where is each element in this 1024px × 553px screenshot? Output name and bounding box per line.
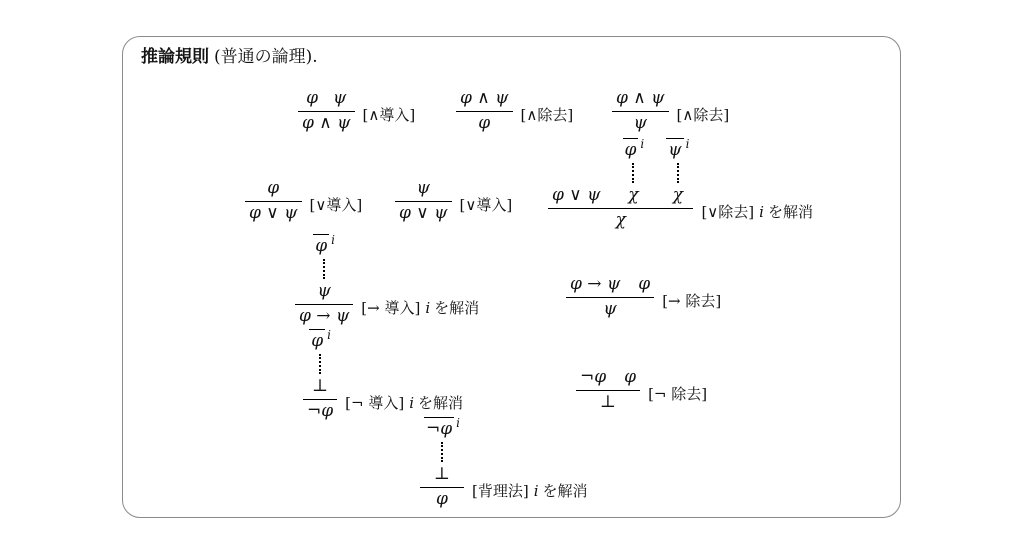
derivation-dots bbox=[323, 259, 325, 279]
discharge-index: i bbox=[640, 137, 644, 151]
fraction: φ → ψ φ ψ bbox=[566, 274, 654, 320]
rule-label: [→ 導入]iを解消 bbox=[361, 298, 479, 318]
conclusion: φ ∨ ψ bbox=[395, 203, 452, 224]
inference-line bbox=[420, 487, 464, 488]
premise: φ bbox=[306, 88, 318, 109]
premise: χ bbox=[628, 185, 638, 206]
fraction: φ φ ∨ ψ bbox=[245, 178, 302, 224]
premises: ¬φ φ bbox=[576, 367, 640, 388]
discharge-index: i bbox=[534, 482, 539, 500]
subderivation-left: φi χ bbox=[623, 140, 645, 206]
fraction: φi ⊥ ¬φ bbox=[303, 331, 337, 422]
premise: φ bbox=[267, 178, 279, 199]
inference-line bbox=[395, 201, 452, 202]
subderivation: ¬φi ⊥ bbox=[424, 419, 460, 485]
rule-label: [→ 除去] bbox=[662, 291, 721, 311]
conclusion: φ ∨ ψ bbox=[245, 203, 302, 224]
rule-or-intro-right: ψ φ ∨ ψ [∨導入] bbox=[395, 178, 512, 224]
title-annotation: (普通の論理). bbox=[214, 47, 318, 67]
conclusion: ψ bbox=[630, 113, 651, 134]
rule-label: [∧導入] bbox=[363, 105, 416, 125]
inference-rules-panel: 推論規則(普通の論理). φ ψ φ ∧ ψ [∧導入] φ ∧ ψ φ [∧除… bbox=[122, 36, 901, 518]
derivation-dots bbox=[319, 354, 321, 374]
conclusion: φ ∧ ψ bbox=[298, 113, 355, 134]
fraction: φ ψ φ ∧ ψ bbox=[298, 88, 355, 134]
inference-line bbox=[548, 208, 693, 209]
inference-line bbox=[245, 201, 302, 202]
inference-line bbox=[612, 111, 669, 112]
discharged-hypothesis: φi bbox=[309, 331, 331, 352]
premises: φ → ψ φ bbox=[566, 274, 654, 295]
premise: φ bbox=[624, 367, 636, 388]
rule-label: [∨導入] bbox=[460, 195, 513, 215]
subderivation: φi ⊥ bbox=[309, 331, 331, 397]
premise: φ bbox=[638, 274, 650, 295]
rule-label: [∨除去]iを解消 bbox=[701, 202, 813, 222]
discharge-index: i bbox=[686, 137, 690, 151]
rule-imp-elim: φ → ψ φ ψ [→ 除去] bbox=[566, 274, 721, 320]
discharge-index: i bbox=[759, 203, 764, 221]
rule-and-elim-left: φ ∧ ψ φ [∧除去] bbox=[456, 88, 573, 134]
fraction: ¬φi ⊥ φ bbox=[420, 419, 464, 510]
rule-label: [∧除去] bbox=[521, 105, 574, 125]
rule-label: [∧除去] bbox=[677, 105, 730, 125]
discharge-index: i bbox=[456, 416, 460, 430]
premises: ψ bbox=[413, 178, 434, 199]
derivation-dots bbox=[632, 163, 634, 183]
derivation-dots bbox=[441, 442, 443, 462]
premises: φi ψ bbox=[309, 236, 339, 302]
premise: φ → ψ bbox=[570, 274, 620, 295]
discharge-index: i bbox=[425, 299, 430, 317]
discharged-hypothesis: ¬φi bbox=[424, 419, 460, 440]
rule-and-intro: φ ψ φ ∧ ψ [∧導入] bbox=[298, 88, 415, 134]
rule-neg-elim: ¬φ φ ⊥ [¬ 除去] bbox=[576, 367, 707, 413]
discharged-hypothesis: φi bbox=[623, 140, 645, 161]
fraction: φ ∧ ψ ψ bbox=[612, 88, 669, 134]
conclusion: φ → ψ bbox=[295, 306, 353, 327]
discharge-note: を解消 bbox=[543, 482, 588, 500]
discharge-note: を解消 bbox=[418, 394, 463, 412]
premise: ¬φ bbox=[580, 367, 606, 388]
fraction: φ ∧ ψ φ bbox=[456, 88, 513, 134]
inference-line bbox=[295, 304, 353, 305]
conclusion: ⊥ bbox=[596, 392, 620, 413]
rule-label: [¬ 導入]iを解消 bbox=[345, 393, 463, 413]
premise: ψ bbox=[317, 281, 330, 302]
premise: ⊥ bbox=[312, 376, 328, 397]
rule-and-elim-right: φ ∧ ψ ψ [∧除去] bbox=[612, 88, 729, 134]
premise: φ ∨ ψ bbox=[552, 185, 601, 206]
premise: φ ∧ ψ bbox=[616, 88, 665, 109]
rule-reductio: ¬φi ⊥ φ [背理法]iを解消 bbox=[420, 419, 588, 510]
rule-label: [∨導入] bbox=[310, 195, 363, 215]
conclusion: φ bbox=[474, 113, 494, 134]
discharge-index: i bbox=[327, 328, 331, 342]
discharged-hypothesis: ψi bbox=[666, 140, 689, 161]
inference-line bbox=[576, 390, 640, 391]
inference-line bbox=[456, 111, 513, 112]
subderivation-right: ψi χ bbox=[666, 140, 689, 206]
conclusion: ¬φ bbox=[303, 401, 337, 422]
rule-imp-intro: φi ψ φ → ψ [→ 導入]iを解消 bbox=[295, 236, 479, 327]
discharge-note: を解消 bbox=[768, 203, 813, 221]
rule-neg-intro: φi ⊥ ¬φ [¬ 導入]iを解消 bbox=[303, 331, 463, 422]
discharge-index: i bbox=[331, 233, 335, 247]
premises: φ ∧ ψ bbox=[456, 88, 513, 109]
subderivation: φi ψ bbox=[313, 236, 335, 302]
discharge-note: を解消 bbox=[434, 299, 479, 317]
discharge-index: i bbox=[409, 394, 414, 412]
inference-line bbox=[298, 111, 355, 112]
rule-or-intro-left: φ φ ∨ ψ [∨導入] bbox=[245, 178, 362, 224]
fraction: φ ∨ ψ φi χ ψi χ χ bbox=[548, 140, 693, 231]
derivation-dots bbox=[677, 163, 679, 183]
premise: ⊥ bbox=[434, 464, 450, 485]
rule-or-elim: φ ∨ ψ φi χ ψi χ χ [∨除去]iを解消 bbox=[548, 140, 813, 231]
premise: χ bbox=[673, 185, 683, 206]
premises: φ ∨ ψ φi χ ψi χ bbox=[548, 140, 693, 206]
conclusion: φ bbox=[432, 489, 452, 510]
inference-line bbox=[303, 399, 337, 400]
rule-label: [¬ 除去] bbox=[648, 384, 707, 404]
inference-line bbox=[566, 297, 654, 298]
fraction: ψ φ ∨ ψ bbox=[395, 178, 452, 224]
premise: φ ∧ ψ bbox=[460, 88, 509, 109]
title-keyword: 推論規則 bbox=[141, 47, 209, 67]
premises: φ bbox=[263, 178, 283, 199]
fraction: φi ψ φ → ψ bbox=[295, 236, 353, 327]
premises: φi ⊥ bbox=[305, 331, 335, 397]
premises: ¬φi ⊥ bbox=[420, 419, 464, 485]
discharged-hypothesis: φi bbox=[313, 236, 335, 257]
fraction: ¬φ φ ⊥ bbox=[576, 367, 640, 413]
conclusion: ψ bbox=[599, 299, 620, 320]
rule-label: [背理法]iを解消 bbox=[472, 481, 588, 501]
premise: ψ bbox=[333, 88, 346, 109]
premises: φ ψ bbox=[302, 88, 350, 109]
premise: ψ bbox=[417, 178, 430, 199]
premises: φ ∧ ψ bbox=[612, 88, 669, 109]
conclusion: χ bbox=[612, 210, 630, 231]
section-title: 推論規則(普通の論理). bbox=[141, 46, 318, 68]
